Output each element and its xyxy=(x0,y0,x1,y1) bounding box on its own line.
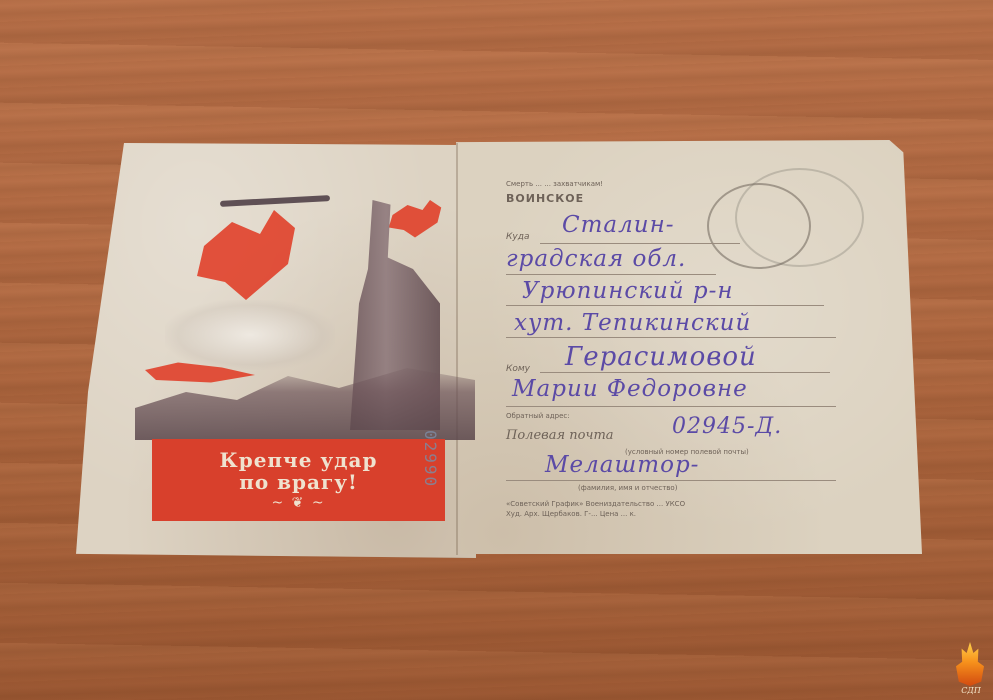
slogan-banner: Крепче удар по врагу! ~ ❦ ~ xyxy=(152,439,445,521)
ornament-icon: ~ ❦ ~ xyxy=(271,495,325,511)
address-line: хут. Тепикинский xyxy=(514,310,751,336)
imprint-line: «Советский График» Воениздательство ... … xyxy=(506,500,685,508)
sender-caption: (фамилия, имя и отчество) xyxy=(578,484,677,492)
war-illustration xyxy=(135,190,475,440)
address-line: градская обл. xyxy=(506,246,686,272)
label-to-where: Куда xyxy=(506,232,529,242)
label-return-address: Обратный адрес: xyxy=(506,412,570,420)
address-rule xyxy=(540,372,830,373)
watermark-logo: СДП xyxy=(952,642,988,698)
field-post-number: 02945-Д. xyxy=(672,414,782,439)
postcard-photo: Крепче удар по врагу! ~ ❦ ~ 02990 Смерть… xyxy=(0,0,993,700)
address-rule xyxy=(506,337,836,338)
sender-name: Мелаштор- xyxy=(545,452,699,478)
imprint-line: Худ. Арх. Щербаков. Г-... Цена ... к. xyxy=(506,510,636,518)
recipient-line: Марии Федоровне xyxy=(512,376,748,402)
header-title: ВОИНСКОЕ xyxy=(506,192,584,205)
slogan-line-2: по врагу! xyxy=(239,471,358,493)
address-rule xyxy=(506,480,836,481)
header-slogan: Смерть ... ... захватчикам! xyxy=(506,180,603,188)
label-to-whom: Кому xyxy=(506,364,530,374)
watermark-text: СДП xyxy=(956,686,986,695)
address-line: Урюпинский р-н xyxy=(522,278,734,304)
airplane-icon xyxy=(220,195,330,207)
censor-stamp: 02990 xyxy=(421,430,440,488)
address-rule xyxy=(540,243,740,244)
address-rule xyxy=(506,305,824,306)
slogan-line-1: Крепче удар xyxy=(220,449,378,471)
address-line: Сталин- xyxy=(562,212,675,238)
flame-icon xyxy=(956,642,984,686)
recipient-line: Герасимовой xyxy=(565,342,757,372)
address-rule xyxy=(506,406,836,407)
label-field-post: Полевая почта xyxy=(506,428,614,443)
smoke-cloud xyxy=(165,300,335,370)
address-rule xyxy=(506,274,716,275)
fire-glow xyxy=(385,200,460,250)
postmark-stamp xyxy=(707,183,811,269)
